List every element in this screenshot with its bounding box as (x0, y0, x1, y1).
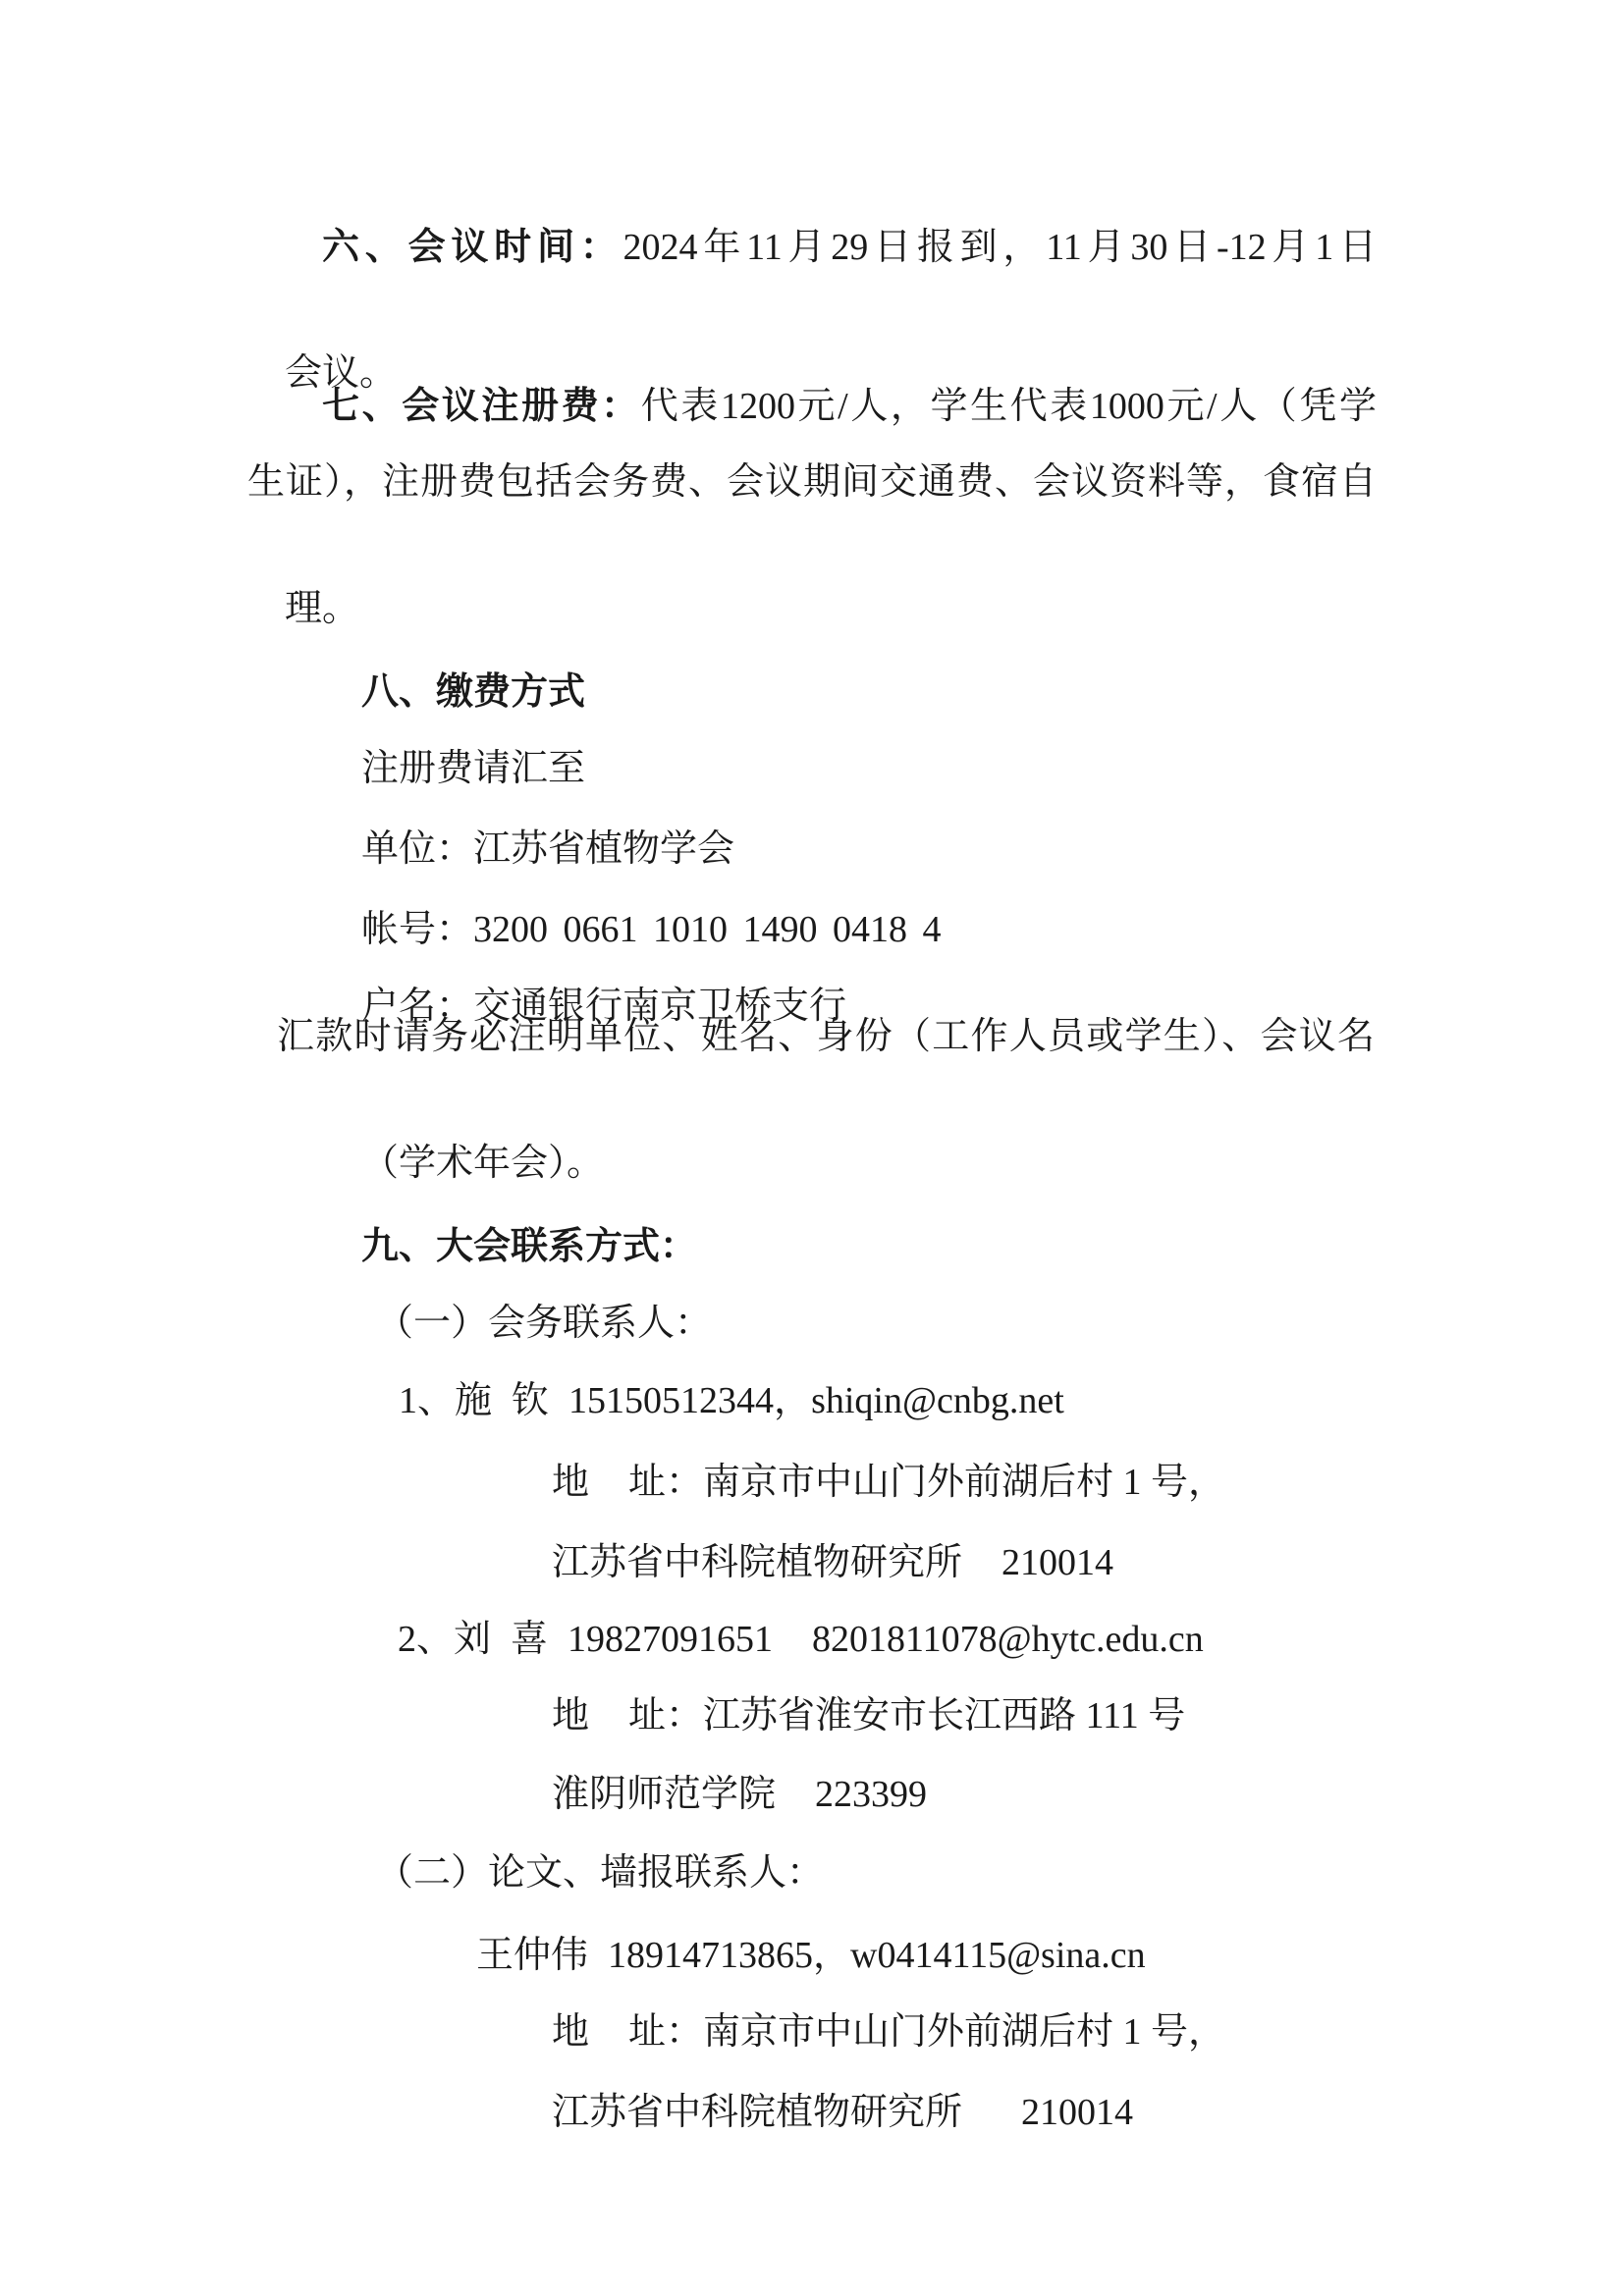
contact-2-address-line1: 地址：江苏省淮安市长江西路 111 号 (514, 1648, 1185, 1693)
contact-3-postcode: 210014 (1021, 2092, 1133, 2133)
contact-3-line: 王仲伟18914713865，w0414115@sina.cn (439, 1888, 1146, 1933)
payment-holder-line: 户名：交通银行南京卫桥支行 (324, 938, 846, 984)
contact-group2-title-line: （二）论文、墙报联系人： (339, 1805, 824, 1850)
section-eight-heading-line: 八、缴费方式 (324, 624, 585, 669)
contact-2-line: 2、刘喜198270916518201811078@hytc.edu.cn (360, 1572, 1204, 1617)
contact-2-address-line2: 淮阴师范学院223399 (514, 1727, 927, 1772)
contact-1-index: 1、 (399, 1380, 455, 1421)
payment-account-line: 帐号：3200 0661 1010 1490 0418 4 (324, 862, 942, 907)
registration-fee-text-end: 理。 (285, 588, 359, 629)
contact-3-address-line1: 地址：南京市中山门外前湖后村 1 号， (514, 1964, 1225, 2009)
payment-note-line2: （学术年会）。 (324, 1095, 604, 1141)
payment-unit-line: 单位：江苏省植物学会 (324, 781, 734, 827)
contact-3-institution: 江苏省中科院植物研究所 (552, 2092, 962, 2133)
section-six-line2: 会议。 (247, 305, 397, 350)
section-seven-heading: 七、会议注册费： (322, 386, 641, 427)
payment-intro-line: 注册费请汇至 (324, 701, 585, 746)
contact-1-line: 1、施钦15150512344，shiqin@cnbg.net (361, 1333, 1064, 1378)
section-six-line1: 六、会议时间：2024年11月29日报到，11月30日-12月1日 (322, 225, 1377, 270)
contact-1-name-a: 施 (455, 1380, 492, 1421)
contact-1-address-line1: 地址：南京市中山门外前湖后村 1 号， (514, 1415, 1225, 1460)
contact-group1-title-line: （一）会务联系人： (339, 1255, 712, 1301)
section-six-heading: 六、会议时间： (322, 227, 623, 268)
section-nine-heading-line: 九、大会联系方式： (324, 1179, 697, 1224)
payment-note: 汇款时请务必注明单位、姓名、身份（工作人员或学生）、会议名称 (277, 1016, 1375, 1059)
section-seven-line1: 七、会议注册费：代表1200元/人，学生代表1000元/人（凭学 (322, 384, 1377, 429)
payment-note-line1: 汇款时请务必注明单位、姓名、身份（工作人员或学生）、会议名称 (277, 1014, 1375, 1059)
registration-fee-text-cont: 生证），注册费包括会务费、会议期间交通费、会议资料等，食宿自 (247, 461, 1377, 503)
contact-1-address-line2: 江苏省中科院植物研究所210014 (514, 1495, 1113, 1540)
meeting-time-text: 2024年11月29日报到，11月30日-12月1日 (623, 227, 1377, 268)
section-seven-line2: 生证），注册费包括会务费、会议期间交通费、会议资料等，食宿自 (247, 459, 1377, 505)
contact-2-name-a: 刘 (454, 1619, 491, 1660)
contact-2-postcode: 223399 (815, 1774, 927, 1815)
contact-2-index: 2、 (398, 1619, 454, 1660)
document-page: 六、会议时间：2024年11月29日报到，11月30日-12月1日 会议。 七、… (0, 0, 1624, 2296)
section-seven-line3: 理。 (247, 541, 359, 586)
payment-note-cont: （学术年会）。 (361, 1143, 604, 1184)
registration-fee-text: 代表1200元/人，学生代表1000元/人（凭学 (641, 386, 1377, 427)
contact-3-address-line2: 江苏省中科院植物研究所210014 (514, 2045, 1133, 2090)
